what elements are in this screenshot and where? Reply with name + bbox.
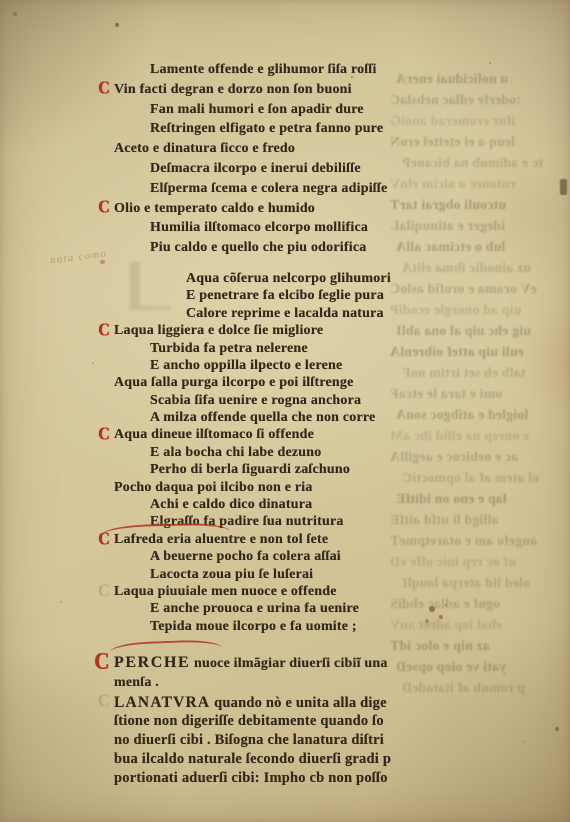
pilcrow-mark: C [94, 650, 109, 674]
text-line: E ala bocha chi labe dezuno [150, 444, 480, 461]
line-text: Aqua ſalla purga ilcorpo e poi ilſtrenge [114, 375, 354, 390]
line-text: portionati aduerſi cibi: Impho cb non po… [114, 770, 388, 786]
line-text: Vin facti degran e dorzo non ſon buoni [114, 82, 352, 97]
text-line: Lacocta zoua piu ſe luſerai [150, 566, 480, 583]
line-text: Scabia ſifa uenire e rogna anchora [150, 393, 361, 408]
pilcrow-mark: C [98, 693, 110, 711]
text-line: Tepida moue ilcorpo e fa uomite ; [150, 618, 480, 635]
text-line: Scabia ſifa uenire e rogna anchora [150, 392, 480, 409]
line-text: Pocho daqua poi ilcibo non e ria [114, 480, 313, 495]
text-line: Fan mali humori e ſon apadir dure [150, 100, 480, 120]
line-text: Laqua liggiera e dolce ſie migliore [114, 323, 323, 338]
line-text: Lafreda eria aluentre e non tol ſete [114, 532, 328, 547]
text-line: menſa . [114, 673, 480, 693]
text-line: ſtione non digeriſſe debitamente quando … [114, 712, 480, 731]
text-line: Piu caldo e quello che piu odorifica [150, 238, 480, 258]
line-text: Elſperma ſcema e colera negra adipiſſe [150, 181, 387, 196]
text-line: A beuerne pocho fa colera aſſai [150, 548, 480, 565]
text-line: Aceto e dinatura ſicco e fredo [114, 139, 480, 159]
line-text: bua ilcaldo naturale ſecondo diuerſi gra… [114, 751, 391, 767]
text-line: Reſtringen elfigato e petra fanno pure [150, 119, 480, 139]
line-text: Aqua cõſerua nelcorpo glihumori [186, 271, 391, 286]
printed-text-block: Lamente offende e glihumor ſiſa roſſiCVi… [100, 60, 480, 788]
line-text: nuoce ilmãgiar diuerſi cibiĩ una [190, 656, 387, 671]
line-text: Lacocta zoua piu ſe luſerai [150, 567, 313, 582]
text-line: bua ilcaldo naturale ſecondo diuerſi gra… [114, 750, 480, 769]
line-text: E ala bocha chi labe dezuno [150, 445, 321, 460]
line-text: Turbida fa petra nelerene [150, 341, 308, 356]
line-text: Fan mali humori e ſon apadir dure [150, 102, 364, 117]
text-line: A milza offende quella che non corre [150, 409, 480, 426]
line-text: Olio e temperato caldo e humido [114, 201, 315, 216]
line-text: E penetrare fa elcibo ſeglie pura [186, 288, 384, 303]
text-line: Elſperma ſcema e colera negra adipiſſe [150, 179, 480, 199]
pilcrow-mark: C [98, 198, 110, 216]
text-line: COlio e temperato caldo e humido [114, 199, 480, 219]
text-line: CLANATVRA quando nò e unita alla dige [114, 693, 480, 712]
line-text: Achi e caldo dico dinatura [150, 497, 312, 512]
pilcrow-mark: C [98, 531, 110, 549]
line-text: Aqua dineue ilſtomaco ſi offende [114, 427, 314, 442]
book-page-photo: u noliciduai enerA:oderfe edlac nebslaCi… [0, 0, 570, 822]
pilcrow-mark: C [98, 80, 110, 98]
foxing-specks [0, 0, 2, 2]
text-line: Calore reprime e lacalda natura [186, 305, 480, 322]
line-text: Perho di berla ſiguardi zaſchuno [150, 462, 350, 477]
text-line: portionati aduerſi cibi: Impho cb non po… [114, 769, 480, 788]
text-line: CAqua dineue ilſtomaco ſi offende [114, 426, 480, 443]
line-text: quando nò e unita alla dige [210, 695, 386, 711]
text-line: E ancho oppilla ilpecto e lerene [150, 357, 480, 374]
line-text: Calore reprime e lacalda natura [186, 306, 384, 321]
line-text: no diuerſi cibi . Biſogna che lanatura d… [114, 732, 384, 748]
text-line: Humilia ilſtomaco elcorpo mollifica [150, 218, 480, 238]
right-edge-ink-mark [560, 179, 567, 195]
line-text: A beuerne pocho fa colera aſſai [150, 549, 341, 564]
line-text: Tepida moue ilcorpo e fa uomite ; [150, 619, 357, 634]
pilcrow-mark: C [98, 426, 110, 444]
pilcrow-mark: C [98, 583, 110, 601]
line-text: menſa . [114, 675, 159, 690]
text-line: CLaqua piuuiale men nuoce e offende [114, 583, 480, 600]
text-line: Achi e caldo dico dinatura [150, 496, 480, 513]
line-text: Aceto e dinatura ſicco e fredo [114, 141, 295, 156]
text-line: E penetrare fa elcibo ſeglie pura [186, 287, 480, 304]
text-line: CLaqua liggiera e dolce ſie migliore [114, 322, 480, 339]
text-line: Turbida fa petra nelerene [150, 340, 480, 357]
text-line: Lamente offende e glihumor ſiſa roſſi [150, 60, 480, 80]
text-line: CPERCHE nuoce ilmãgiar diuerſi cibiĩ una [114, 653, 480, 673]
line-text: Laqua piuuiale men nuoce e offende [114, 584, 337, 599]
text-line: no diuerſi cibi . Biſogna che lanatura d… [114, 731, 480, 750]
line-text: Deſmacra ilcorpo e inerui debiliſſe [150, 161, 361, 176]
line-text: A milza offende quella che non corre [150, 410, 375, 425]
line-text: Piu caldo e quello che piu odorifica [150, 240, 366, 255]
text-line: E anche prouoca e urina fa uenire [150, 600, 480, 617]
line-text: Humilia ilſtomaco elcorpo mollifica [150, 220, 368, 235]
pilcrow-mark: C [98, 322, 110, 340]
text-line: CLafreda eria aluentre e non tol ſete [114, 531, 480, 548]
lead-caps: PERCHE [114, 654, 190, 671]
text-line: Pocho daqua poi ilcibo non e ria [114, 479, 480, 496]
line-text: Elgraſſo fa padire ſua nutritura [150, 514, 344, 529]
line-text: Lamente offende e glihumor ſiſa roſſi [150, 62, 377, 77]
text-line: Aqua cõſerua nelcorpo glihumori [186, 270, 480, 287]
line-text: E anche prouoca e urina fa uenire [150, 601, 359, 616]
text-line: Perho di berla ſiguardi zaſchuno [150, 461, 480, 478]
line-text: E ancho oppilla ilpecto e lerene [150, 358, 342, 373]
text-line: Elgraſſo fa padire ſua nutritura [150, 513, 480, 530]
text-line: Deſmacra ilcorpo e inerui debiliſſe [150, 159, 480, 179]
line-text: ſtione non digeriſſe debitamente quando … [114, 713, 384, 729]
text-line: Aqua ſalla purga ilcorpo e poi ilſtrenge [114, 374, 480, 391]
line-text: Reſtringen elfigato e petra fanno pure [150, 121, 383, 136]
text-line: CVin facti degran e dorzo non ſon buoni [114, 80, 480, 100]
lead-caps: LANATVRA [114, 694, 210, 711]
